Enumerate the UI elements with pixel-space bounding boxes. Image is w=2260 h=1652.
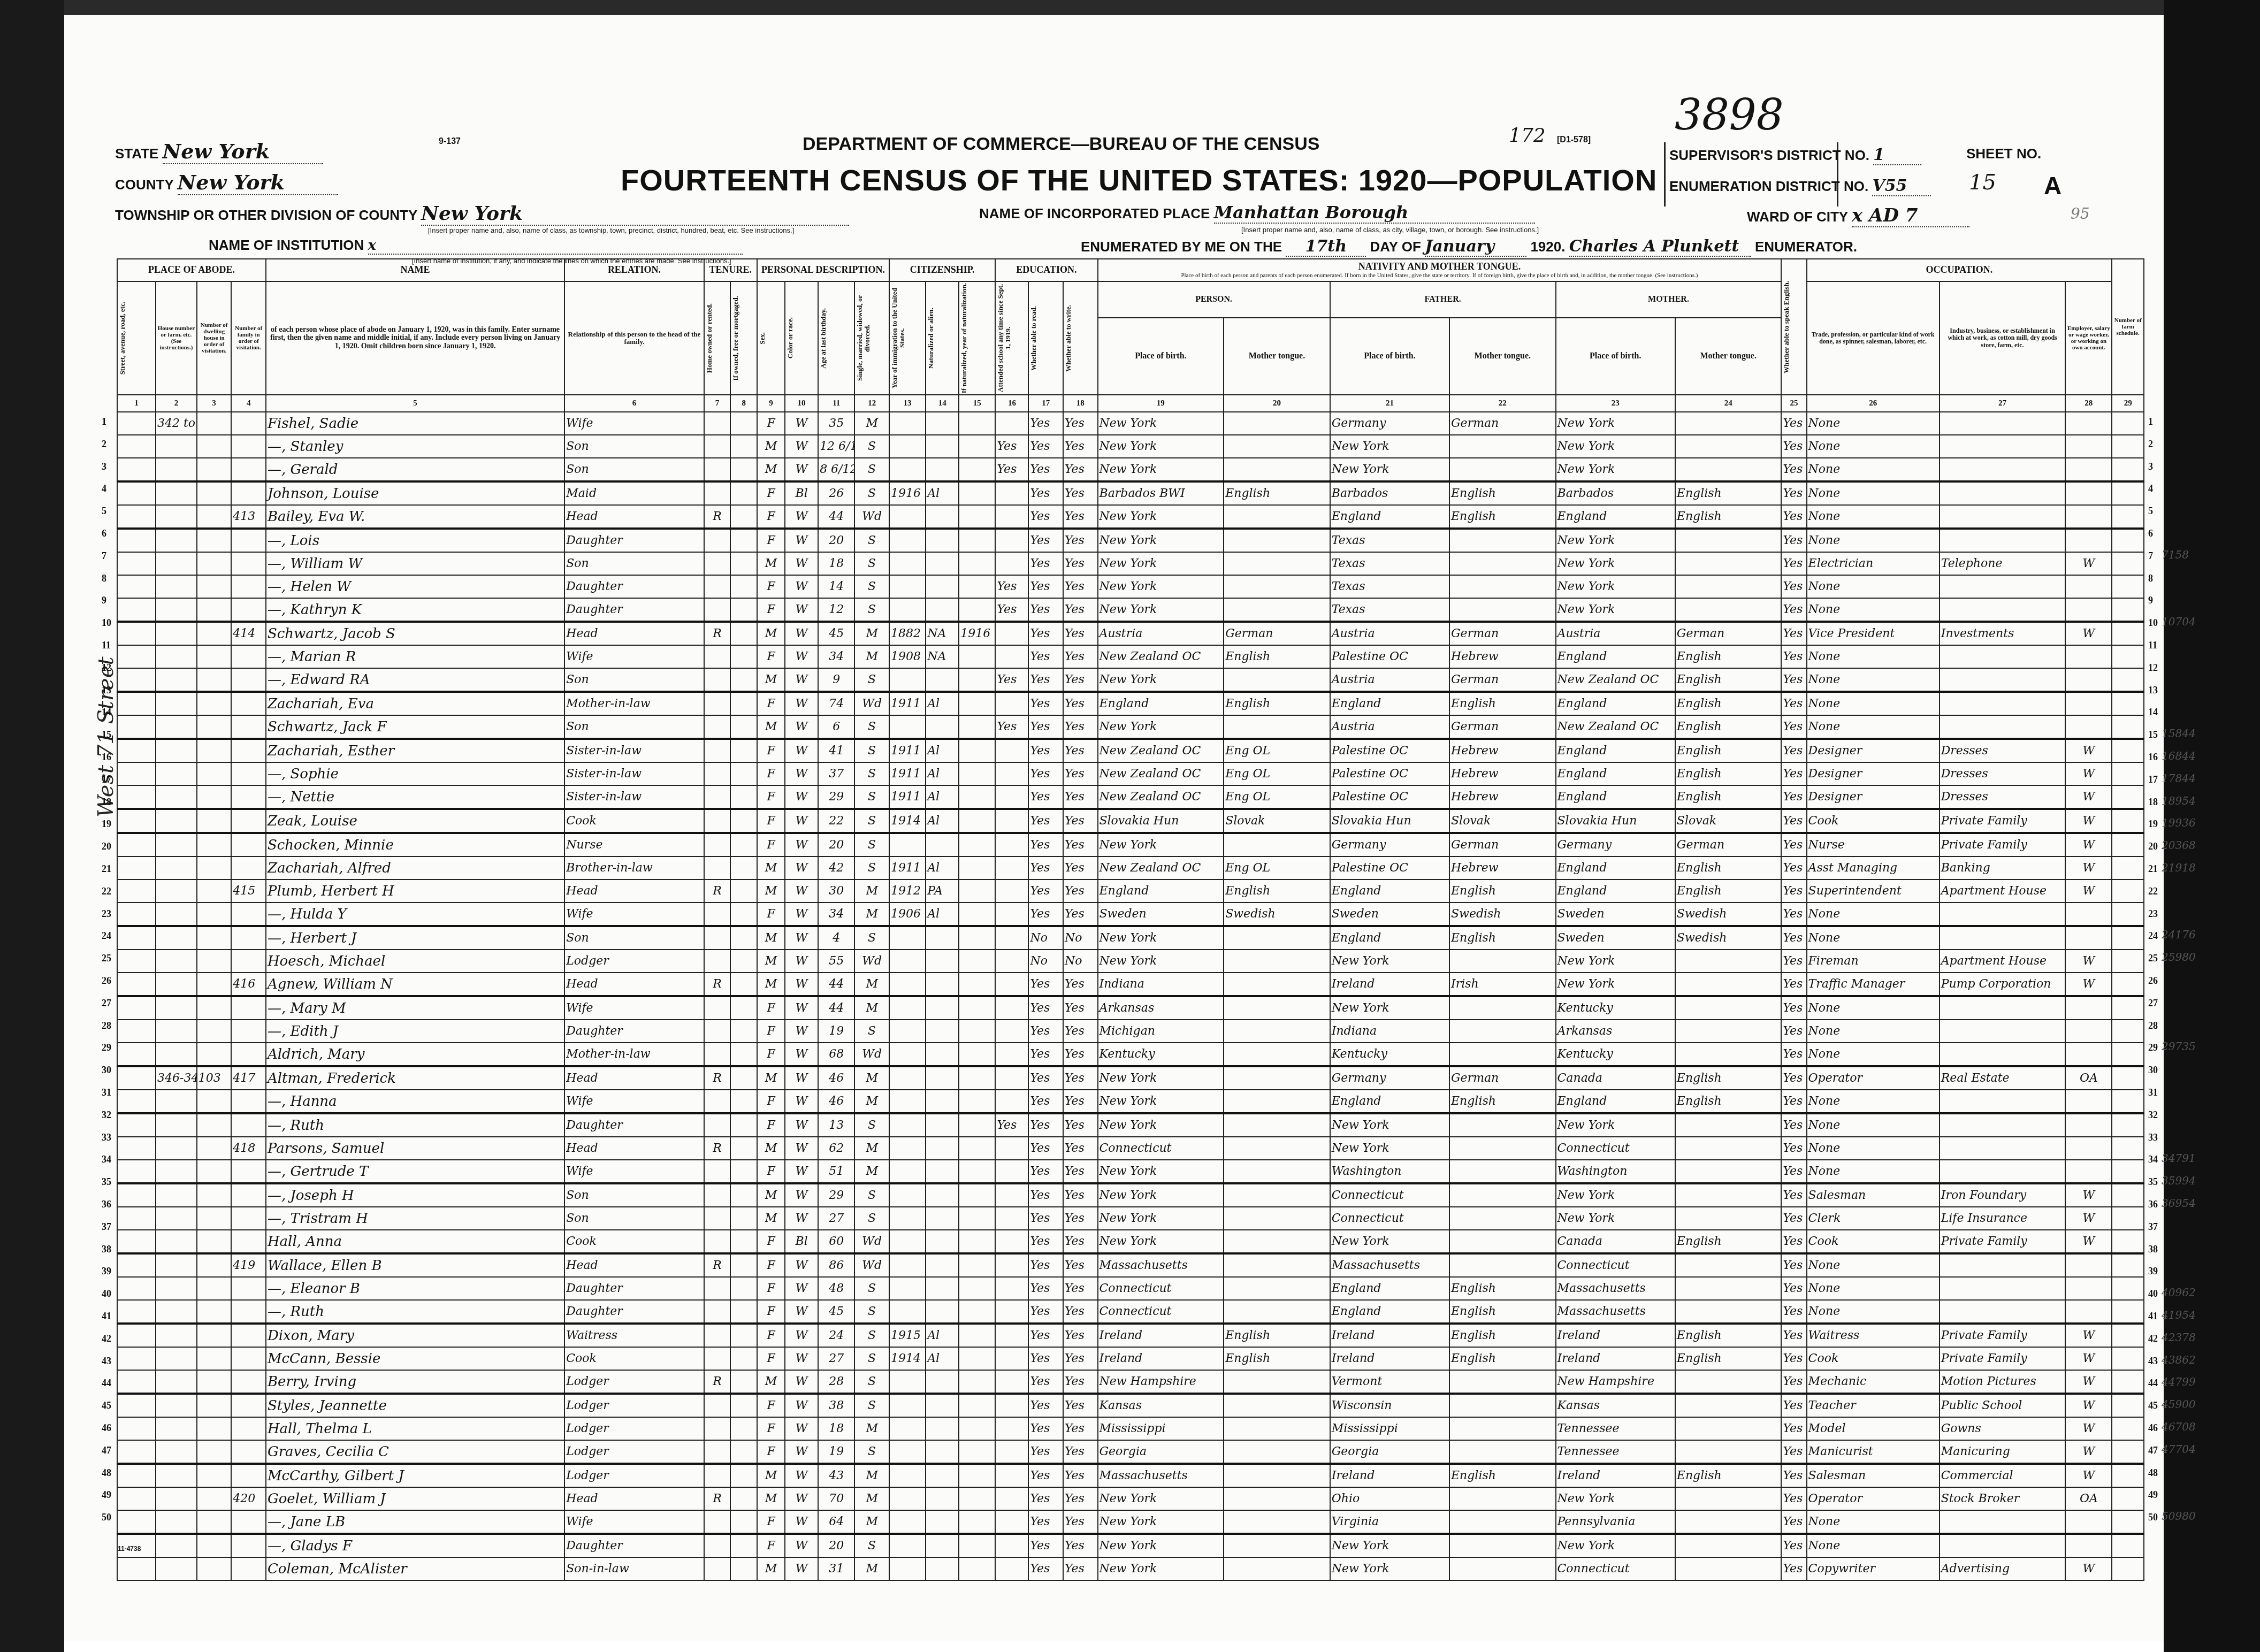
- cell-farm: [2112, 1394, 2144, 1417]
- enumeration-district-field: ENUMERATION DISTRICT NO. V55: [1669, 177, 1931, 196]
- cell-race: W: [785, 1137, 818, 1160]
- cell-race: W: [785, 435, 818, 458]
- incorporated-value: Manhattan Borough: [1214, 202, 1535, 224]
- cell-school: [995, 1020, 1028, 1043]
- cell-employer: [2065, 505, 2112, 529]
- cell-relation: Lodger: [564, 950, 704, 973]
- cell-relation: Head: [564, 1487, 704, 1510]
- enumerated-year: 1920.: [1530, 239, 1565, 255]
- cell-house: [156, 435, 197, 458]
- cell-mother-tongue: English: [1675, 692, 1782, 715]
- cell-marital: S: [854, 762, 889, 785]
- cell-employer: [2065, 692, 2112, 715]
- cell-marital: M: [854, 879, 889, 903]
- cell-occupation: Fireman: [1807, 950, 1940, 973]
- column-number: 27: [1940, 395, 2066, 412]
- cell-street: [117, 1300, 156, 1324]
- line-number-left: 10: [102, 617, 111, 629]
- column-number: 3: [197, 395, 232, 412]
- cell-english: Yes: [1781, 879, 1806, 903]
- table-row: 420Goelet, William JHeadRMW70MYesYesNew …: [117, 1487, 2144, 1510]
- cell-naturalized: [926, 575, 959, 598]
- cell-name: —, Joseph H: [266, 1183, 564, 1207]
- cell-nat-year: [959, 458, 995, 481]
- cell-write: Yes: [1063, 1066, 1098, 1090]
- cell-age: 55: [818, 950, 854, 973]
- line-number-left: 45: [102, 1400, 111, 1411]
- cell-relation: Daughter: [564, 598, 704, 622]
- line-number-left: 43: [102, 1356, 111, 1367]
- cell-mother-birth: Connecticut: [1556, 1557, 1675, 1580]
- incorporated-place-field: NAME OF INCORPORATED PLACE Manhattan Bor…: [979, 202, 1535, 224]
- cell-write: Yes: [1063, 1300, 1098, 1324]
- cell-tenure: R: [704, 973, 731, 996]
- cell-industry: Iron Foundary: [1940, 1183, 2066, 1207]
- cell-street: [117, 1370, 156, 1394]
- cell-dwelling: 103: [197, 1066, 232, 1090]
- table-row: McCarthy, Gilbert JLodgerMW43MYesYesMass…: [117, 1464, 2144, 1487]
- cell-mother-tongue: [1675, 1440, 1782, 1464]
- cell-read: Yes: [1028, 622, 1063, 645]
- cell-sex: F: [757, 1230, 785, 1253]
- cell-mother-birth: Slovakia Hun: [1556, 809, 1675, 833]
- cell-mother-tongue: English: [1675, 856, 1782, 879]
- col-9-label: Sex.: [759, 332, 766, 345]
- cell-immigration: [889, 950, 926, 973]
- cell-occupation: Designer: [1807, 739, 1940, 762]
- cell-read: Yes: [1028, 1090, 1063, 1113]
- cell-occupation: None: [1807, 575, 1940, 598]
- cell-father-birth: Connecticut: [1330, 1207, 1449, 1230]
- cell-family: 420: [231, 1487, 266, 1510]
- cell-school: Yes: [995, 458, 1028, 481]
- cell-mortgage: [730, 1370, 757, 1394]
- cell-mother-tongue: English: [1675, 762, 1782, 785]
- cell-father-tongue: German: [1449, 833, 1556, 856]
- cell-school: Yes: [995, 715, 1028, 739]
- cell-family: [231, 1160, 266, 1183]
- cell-race: W: [785, 1370, 818, 1394]
- cell-mortgage: [730, 996, 757, 1020]
- cell-mother-tongue: Slovak: [1675, 809, 1782, 833]
- cell-name: Goelet, William J: [266, 1487, 564, 1510]
- group-occupation: OCCUPATION.: [1807, 259, 2112, 281]
- cell-occupation: None: [1807, 529, 1940, 552]
- cell-mortgage: [730, 1137, 757, 1160]
- cell-mother-birth: Tennessee: [1556, 1417, 1675, 1440]
- cell-street: [117, 1020, 156, 1043]
- cell-occupation: None: [1807, 692, 1940, 715]
- cell-employer: W: [2065, 1230, 2112, 1253]
- cell-sex: F: [757, 1253, 785, 1277]
- cell-dwelling: [197, 856, 232, 879]
- cell-birth: Arkansas: [1098, 996, 1224, 1020]
- cell-father-tongue: [1449, 458, 1556, 481]
- cell-school: [995, 552, 1028, 575]
- cell-read: Yes: [1028, 529, 1063, 552]
- cell-sex: F: [757, 412, 785, 435]
- cell-write: Yes: [1063, 785, 1098, 809]
- cell-occupation: Cook: [1807, 809, 1940, 833]
- cell-occupation: None: [1807, 1160, 1940, 1183]
- line-number-left: 29: [102, 1042, 111, 1053]
- cell-english: Yes: [1781, 762, 1806, 785]
- cell-name: —, Jane LB: [266, 1510, 564, 1534]
- cell-dwelling: [197, 1464, 232, 1487]
- cell-nat-year: [959, 762, 995, 785]
- cell-naturalized: [926, 1183, 959, 1207]
- form-number: 9-137: [439, 137, 461, 147]
- cell-mother-tongue: English: [1675, 1066, 1782, 1090]
- cell-mother-tongue: [1675, 1557, 1782, 1580]
- table-row: Zachariah, AlfredBrother-in-lawMW42S1911…: [117, 856, 2144, 879]
- line-number-left: 15: [102, 729, 111, 740]
- cell-farm: [2112, 762, 2144, 785]
- cell-school: [995, 1230, 1028, 1253]
- cell-mortgage: [730, 1253, 757, 1277]
- cell-father-birth: Ireland: [1330, 1324, 1449, 1347]
- cell-house: [156, 1417, 197, 1440]
- cell-father-birth: Palestine OC: [1330, 739, 1449, 762]
- cell-employer: W: [2065, 856, 2112, 879]
- cell-birth: New York: [1098, 575, 1224, 598]
- cell-write: Yes: [1063, 552, 1098, 575]
- cell-mortgage: [730, 1324, 757, 1347]
- state-label: STATE: [115, 146, 158, 162]
- cell-tenure: [704, 1207, 731, 1230]
- cell-father-birth: Ireland: [1330, 973, 1449, 996]
- cell-marital: S: [854, 575, 889, 598]
- cell-sex: M: [757, 950, 785, 973]
- line-number-right: 27: [2148, 998, 2158, 1009]
- township-field: TOWNSHIP OR OTHER DIVISION OF COUNTY New…: [115, 202, 849, 226]
- cell-write: Yes: [1063, 481, 1098, 505]
- cell-read: Yes: [1028, 412, 1063, 435]
- cell-mortgage: [730, 809, 757, 833]
- cell-house: [156, 1300, 197, 1324]
- line-number-left: 13: [102, 685, 111, 696]
- line-number-right: 14: [2148, 707, 2158, 718]
- cell-farm: [2112, 481, 2144, 505]
- cell-sex: F: [757, 809, 785, 833]
- cell-street: [117, 1113, 156, 1137]
- cell-dwelling: [197, 529, 232, 552]
- cell-mother-birth: Canada: [1556, 1230, 1675, 1253]
- cell-mortgage: [730, 926, 757, 950]
- cell-marital: M: [854, 1417, 889, 1440]
- line-number-left: 47: [102, 1445, 111, 1456]
- cell-mortgage: [730, 1207, 757, 1230]
- col-21-header: Place of birth.: [1330, 318, 1449, 395]
- cell-age: 27: [818, 1347, 854, 1370]
- cell-write: No: [1063, 926, 1098, 950]
- cell-father-tongue: Irish: [1449, 973, 1556, 996]
- cell-read: Yes: [1028, 1253, 1063, 1277]
- cell-school: [995, 1557, 1028, 1580]
- cell-industry: Real Estate: [1940, 1066, 2066, 1090]
- cell-sex: M: [757, 1066, 785, 1090]
- subgroup-father: FATHER.: [1330, 281, 1556, 318]
- table-row: —, Mary MWifeFW44MYesYesArkansasNew York…: [117, 996, 2144, 1020]
- cell-race: W: [785, 1066, 818, 1090]
- cell-naturalized: [926, 1043, 959, 1066]
- cell-read: Yes: [1028, 645, 1063, 668]
- cell-tenure: [704, 903, 731, 926]
- cell-farm: [2112, 529, 2144, 552]
- column-number: 21: [1330, 395, 1449, 412]
- cell-occupation: Salesman: [1807, 1464, 1940, 1487]
- cell-age: 29: [818, 1183, 854, 1207]
- cell-mortgage: [730, 668, 757, 692]
- cell-farm: [2112, 1300, 2144, 1324]
- col-2-header: House number or farm, etc. (See instruct…: [156, 281, 197, 395]
- col-4-header: Number of family in order of visitation.: [231, 281, 266, 395]
- cell-father-birth: Austria: [1330, 668, 1449, 692]
- line-number-left: 38: [102, 1244, 111, 1255]
- cell-birth: New York: [1098, 926, 1224, 950]
- cell-father-tongue: English: [1449, 1347, 1556, 1370]
- cell-house: [156, 1160, 197, 1183]
- cell-marital: S: [854, 809, 889, 833]
- line-number-left: 36: [102, 1199, 111, 1210]
- cell-father-tongue: Hebrew: [1449, 762, 1556, 785]
- cell-race: W: [785, 529, 818, 552]
- cell-name: Schocken, Minnie: [266, 833, 564, 856]
- cell-family: [231, 762, 266, 785]
- cell-english: Yes: [1781, 412, 1806, 435]
- cell-house: [156, 1183, 197, 1207]
- cell-industry: [1940, 1277, 2066, 1300]
- cell-race: W: [785, 1487, 818, 1510]
- group-tenure: TENURE.: [704, 259, 757, 281]
- cell-sex: F: [757, 692, 785, 715]
- cell-english: Yes: [1781, 458, 1806, 481]
- cell-industry: Public School: [1940, 1394, 2066, 1417]
- cell-nat-year: [959, 1113, 995, 1137]
- cell-sex: M: [757, 1183, 785, 1207]
- table-row: Zeak, LouiseCookFW22S1914AlYesYesSlovaki…: [117, 809, 2144, 833]
- cell-sex: F: [757, 575, 785, 598]
- cell-father-birth: Slovakia Hun: [1330, 809, 1449, 833]
- cell-tongue: [1224, 1183, 1330, 1207]
- cell-english: Yes: [1781, 1113, 1806, 1137]
- cell-birth: New York: [1098, 552, 1224, 575]
- ward-field: WARD OF CITY x AD 7: [1747, 205, 1969, 227]
- cell-street: [117, 1440, 156, 1464]
- cell-street: [117, 973, 156, 996]
- cell-father-tongue: [1449, 1253, 1556, 1277]
- cell-english: Yes: [1781, 1417, 1806, 1440]
- cell-marital: M: [854, 1090, 889, 1113]
- cell-dwelling: [197, 762, 232, 785]
- cell-marital: S: [854, 668, 889, 692]
- cell-farm: [2112, 1370, 2144, 1394]
- line-number-left: 2: [102, 439, 106, 450]
- supervisor-value: 1: [1873, 146, 1921, 165]
- cell-immigration: [889, 833, 926, 856]
- column-number: 1: [117, 395, 156, 412]
- cell-employer: W: [2065, 1440, 2112, 1464]
- cell-mother-birth: New York: [1556, 552, 1675, 575]
- cell-farm: [2112, 1487, 2144, 1510]
- cell-mother-birth: England: [1556, 879, 1675, 903]
- cell-nat-year: [959, 1324, 995, 1347]
- cell-employer: W: [2065, 552, 2112, 575]
- cell-read: Yes: [1028, 1557, 1063, 1580]
- cell-english: Yes: [1781, 739, 1806, 762]
- cell-occupation: Electrician: [1807, 552, 1940, 575]
- cell-mother-tongue: [1675, 1043, 1782, 1066]
- cell-occupation: Mechanic: [1807, 1370, 1940, 1394]
- cell-occupation: None: [1807, 1253, 1940, 1277]
- cell-mortgage: [730, 1183, 757, 1207]
- cell-immigration: [889, 1557, 926, 1580]
- line-number-right: 30: [2148, 1065, 2158, 1076]
- line-number-right: 32: [2148, 1110, 2158, 1121]
- column-number: 25: [1781, 395, 1806, 412]
- cell-tenure: [704, 1347, 731, 1370]
- cell-father-tongue: German: [1449, 1066, 1556, 1090]
- cell-relation: Brother-in-law: [564, 856, 704, 879]
- cell-write: Yes: [1063, 1137, 1098, 1160]
- line-number-right: 46: [2148, 1422, 2158, 1434]
- cell-father-birth: New York: [1330, 1137, 1449, 1160]
- cell-write: Yes: [1063, 1230, 1098, 1253]
- cell-mother-birth: England: [1556, 785, 1675, 809]
- cell-mother-tongue: English: [1675, 715, 1782, 739]
- line-number-left: 39: [102, 1266, 111, 1277]
- cell-relation: Daughter: [564, 1020, 704, 1043]
- cell-tenure: [704, 1534, 731, 1557]
- cell-tenure: [704, 458, 731, 481]
- cell-mortgage: [730, 1417, 757, 1440]
- cell-father-tongue: English: [1449, 505, 1556, 529]
- cell-race: W: [785, 1464, 818, 1487]
- cell-industry: [1940, 412, 2066, 435]
- cell-age: 41: [818, 739, 854, 762]
- line-number-left: 32: [102, 1110, 111, 1121]
- cell-relation: Lodger: [564, 1417, 704, 1440]
- line-number-left: 35: [102, 1176, 111, 1188]
- line-number-right: 28: [2148, 1020, 2158, 1031]
- cell-employer: W: [2065, 1370, 2112, 1394]
- cell-father-tongue: [1449, 552, 1556, 575]
- cell-race: W: [785, 645, 818, 668]
- cell-age: 74: [818, 692, 854, 715]
- cell-birth: New Zealand OC: [1098, 856, 1224, 879]
- cell-dwelling: [197, 1324, 232, 1347]
- cell-birth: Massachusetts: [1098, 1253, 1224, 1277]
- line-number-left: 20: [102, 841, 111, 852]
- table-row: Dixon, MaryWaitressFW24S1915AlYesYesIrel…: [117, 1324, 2144, 1347]
- line-number-left: 14: [102, 707, 111, 718]
- cell-mortgage: [730, 412, 757, 435]
- cell-immigration: [889, 1066, 926, 1090]
- cell-immigration: [889, 1090, 926, 1113]
- cell-mother-tongue: [1675, 1277, 1782, 1300]
- cell-write: Yes: [1063, 1440, 1098, 1464]
- cell-mortgage: [730, 879, 757, 903]
- scan-left-border: [0, 0, 64, 1652]
- occupation-code-note: 46708: [2162, 1420, 2196, 1433]
- cell-relation: Head: [564, 622, 704, 645]
- state-field: STATE New York: [115, 139, 323, 164]
- cell-tenure: [704, 598, 731, 622]
- cell-house: [156, 1394, 197, 1417]
- cell-mother-tongue: [1675, 1487, 1782, 1510]
- cell-employer: [2065, 1090, 2112, 1113]
- col-6-label: Relationship of this person to the head …: [566, 331, 703, 346]
- cell-age: 45: [818, 1300, 854, 1324]
- occupation-code-note: 40962: [2162, 1286, 2196, 1299]
- cell-race: W: [785, 412, 818, 435]
- cell-mother-birth: England: [1556, 762, 1675, 785]
- cell-relation: Head: [564, 1066, 704, 1090]
- cell-relation: Sister-in-law: [564, 739, 704, 762]
- cell-race: W: [785, 668, 818, 692]
- cell-farm: [2112, 809, 2144, 833]
- cell-mother-birth: Massachusetts: [1556, 1300, 1675, 1324]
- cell-mortgage: [730, 645, 757, 668]
- cell-naturalized: NA: [926, 645, 959, 668]
- cell-mother-birth: Arkansas: [1556, 1020, 1675, 1043]
- scan-top-border: [0, 0, 2260, 15]
- cell-house: [156, 1464, 197, 1487]
- cell-school: [995, 1183, 1028, 1207]
- column-number: 16: [995, 395, 1028, 412]
- cell-father-birth: Texas: [1330, 552, 1449, 575]
- cell-sex: F: [757, 1440, 785, 1464]
- col-13-header: Year of immigration to the United States…: [889, 281, 926, 395]
- cell-name: Zachariah, Alfred: [266, 856, 564, 879]
- cell-write: Yes: [1063, 1557, 1098, 1580]
- cell-write: Yes: [1063, 879, 1098, 903]
- cell-marital: S: [854, 1207, 889, 1230]
- cell-school: [995, 833, 1028, 856]
- col-26-label: Trade, profession, or particular kind of…: [1808, 331, 1938, 345]
- table-row: —, Hulda YWifeFW34M1906AlYesYesSwedenSwe…: [117, 903, 2144, 926]
- cell-birth: Ireland: [1098, 1347, 1224, 1370]
- cell-sex: M: [757, 1487, 785, 1510]
- cell-mother-birth: Ireland: [1556, 1324, 1675, 1347]
- cell-race: W: [785, 1183, 818, 1207]
- cell-english: Yes: [1781, 692, 1806, 715]
- cell-family: [231, 1183, 266, 1207]
- cell-employer: [2065, 1300, 2112, 1324]
- line-number-left: 40: [102, 1288, 111, 1299]
- cell-father-birth: Ireland: [1330, 1347, 1449, 1370]
- cell-immigration: [889, 1113, 926, 1137]
- cell-mother-birth: New York: [1556, 1183, 1675, 1207]
- table-row: —, Edward RASonMW9SYesYesYesNew YorkAust…: [117, 668, 2144, 692]
- cell-father-birth: Indiana: [1330, 1020, 1449, 1043]
- cell-school: [995, 1277, 1028, 1300]
- cell-dwelling: [197, 412, 232, 435]
- col-12-header: Single, married, widowed, or divorced.: [854, 281, 889, 395]
- line-number-right: 10: [2148, 617, 2158, 629]
- table-row: —, GeraldSonMW8 6/12SYesYesYesNew YorkNe…: [117, 458, 2144, 481]
- cell-occupation: Salesman: [1807, 1183, 1940, 1207]
- cell-street: [117, 762, 156, 785]
- table-row: 414Schwartz, Jacob SHeadRMW45M1882NA1916…: [117, 622, 2144, 645]
- cell-age: 14: [818, 575, 854, 598]
- column-number: 15: [959, 395, 995, 412]
- line-number-right: 9: [2148, 595, 2153, 606]
- cell-relation: Lodger: [564, 1464, 704, 1487]
- cell-farm: [2112, 552, 2144, 575]
- cell-house: [156, 1090, 197, 1113]
- cell-dwelling: [197, 1277, 232, 1300]
